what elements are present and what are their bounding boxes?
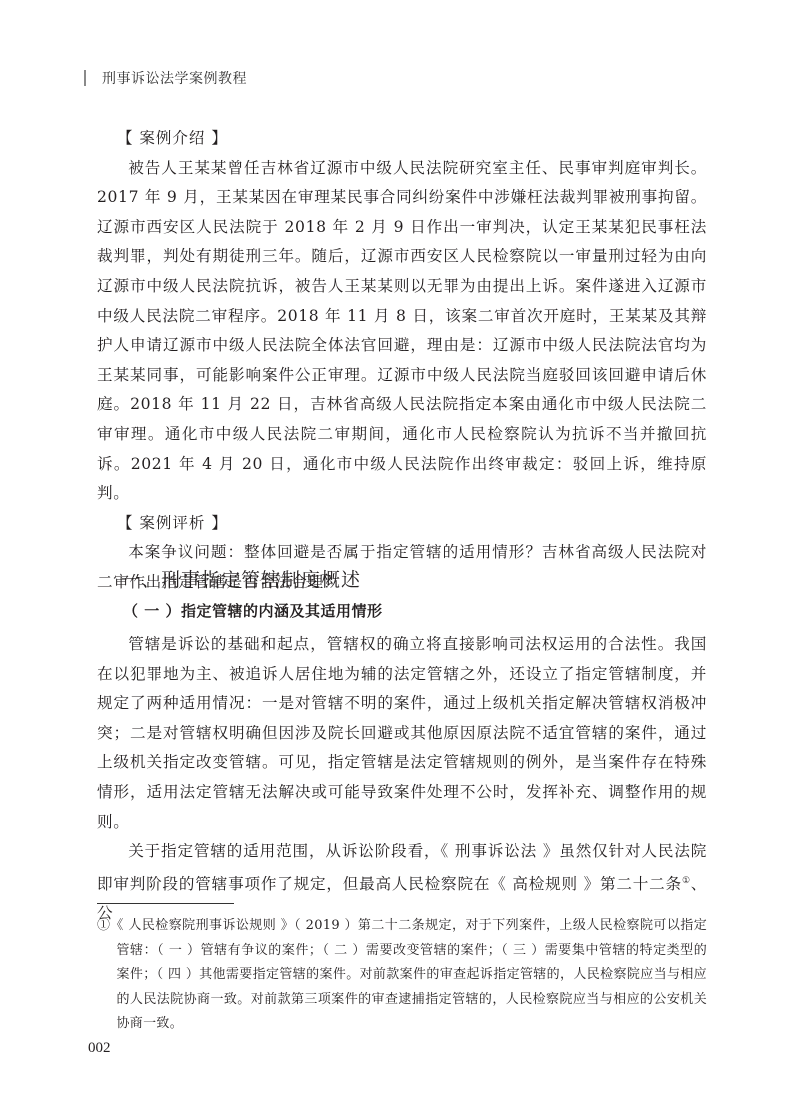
- section-body: 管辖是诉讼的基础和起点，管辖权的确立将直接影响司法权运用的合法性。我国在以犯罪地…: [97, 630, 707, 929]
- case-intro-label: 【 案例介绍 】: [117, 124, 707, 154]
- header-rule: [84, 70, 86, 86]
- book-title: 刑事诉讼法学案例教程: [102, 68, 247, 88]
- subsection-heading: （ 一 ）指定管辖的内涵及其适用情形: [123, 600, 382, 621]
- footnote-rule: [97, 903, 234, 904]
- case-intro-paragraph: 被告人王某某曾任吉林省辽源市中级人民法院研究室主任、民事审判庭审判长。2017 …: [97, 154, 707, 509]
- page-number: 002: [88, 1040, 111, 1057]
- paragraph-2-text: 关于指定管辖的适用范围，从诉讼阶段看，《 刑事诉讼法 》虽然仅针对人民法院即审判…: [97, 842, 707, 893]
- body-paragraph-1: 管辖是诉讼的基础和起点，管辖权的确立将直接影响司法权运用的合法性。我国在以犯罪地…: [97, 630, 707, 837]
- footnote: ①《 人民检察院刑事诉讼规则 》（ 2019 ）第二十二条规定，对于下列案件，上…: [97, 914, 707, 1037]
- footnote-ref[interactable]: ①: [682, 876, 691, 886]
- case-analysis-label: 【 案例评析 】: [117, 509, 707, 539]
- running-head: 刑事诉讼法学案例教程: [84, 68, 247, 88]
- section-heading: 一、刑事指定管辖制度概述: [121, 565, 361, 592]
- case-intro-section: 【 案例介绍 】 被告人王某某曾任吉林省辽源市中级人民法院研究室主任、民事审判庭…: [97, 124, 707, 598]
- footnote-text: ①《 人民检察院刑事诉讼规则 》（ 2019 ）第二十二条规定，对于下列案件，上…: [97, 914, 707, 1037]
